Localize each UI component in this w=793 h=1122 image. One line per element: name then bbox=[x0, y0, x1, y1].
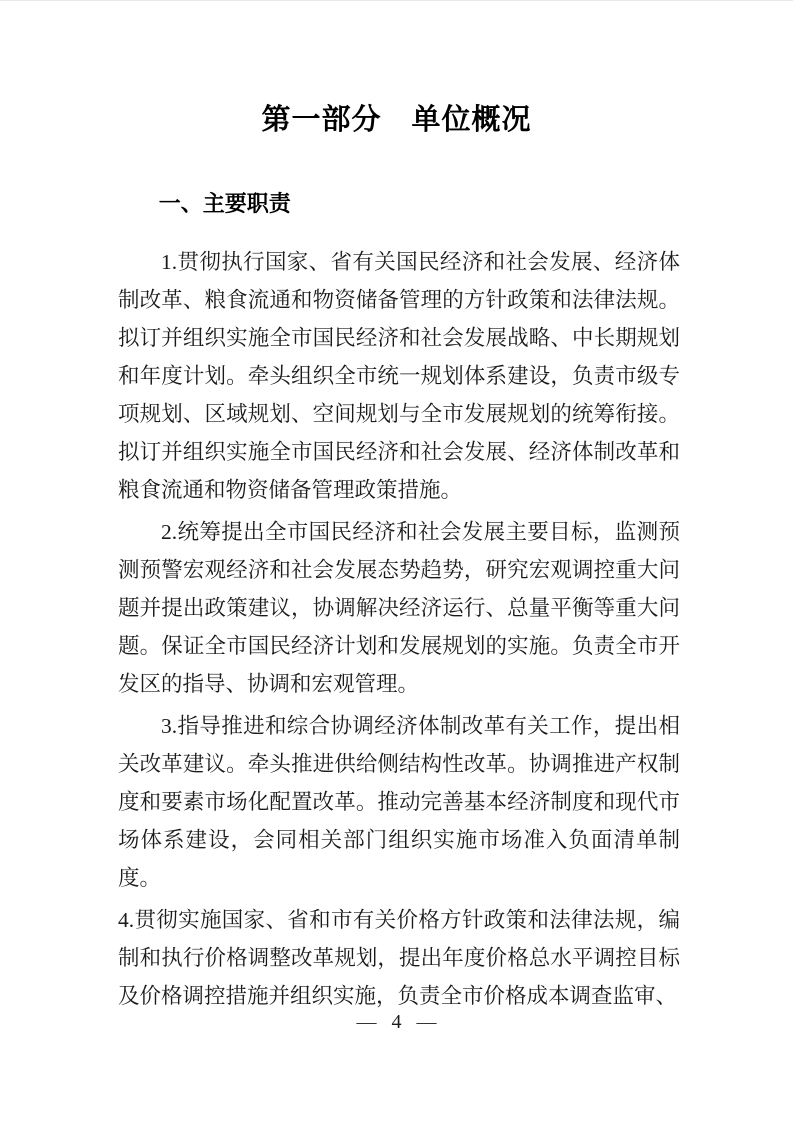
page-number: 4 bbox=[392, 1011, 402, 1033]
paragraph-1: 1.贯彻执行国家、省有关国民经济和社会发展、经济体制改革、粮食流通和物资储备管理… bbox=[118, 243, 680, 509]
paragraph-2: 2.统筹提出全市国民经济和社会发展主要目标，监测预测预警宏观经济和社会发展态势趋… bbox=[118, 513, 680, 703]
footer-dash-right: — bbox=[417, 1011, 437, 1033]
page-title: 第一部分 单位概况 bbox=[0, 104, 793, 137]
page-footer: — 4 — bbox=[0, 1011, 793, 1033]
paragraph-3: 3.指导推进和综合协调经济体制改革有关工作，提出相关改革建议。牵头推进供给侧结构… bbox=[118, 707, 680, 897]
paragraph-4: 4.贯彻实施国家、省和市有关价格方针政策和法律法规，编制和执行价格调整改革规划，… bbox=[118, 901, 680, 1015]
section-heading: 一、主要职责 bbox=[118, 193, 680, 215]
body-text: 1.贯彻执行国家、省有关国民经济和社会发展、经济体制改革、粮食流通和物资储备管理… bbox=[118, 243, 680, 1015]
document-page: 第一部分 单位概况 一、主要职责 1.贯彻执行国家、省有关国民经济和社会发展、经… bbox=[0, 0, 793, 1122]
footer-dash-left: — bbox=[357, 1011, 377, 1033]
